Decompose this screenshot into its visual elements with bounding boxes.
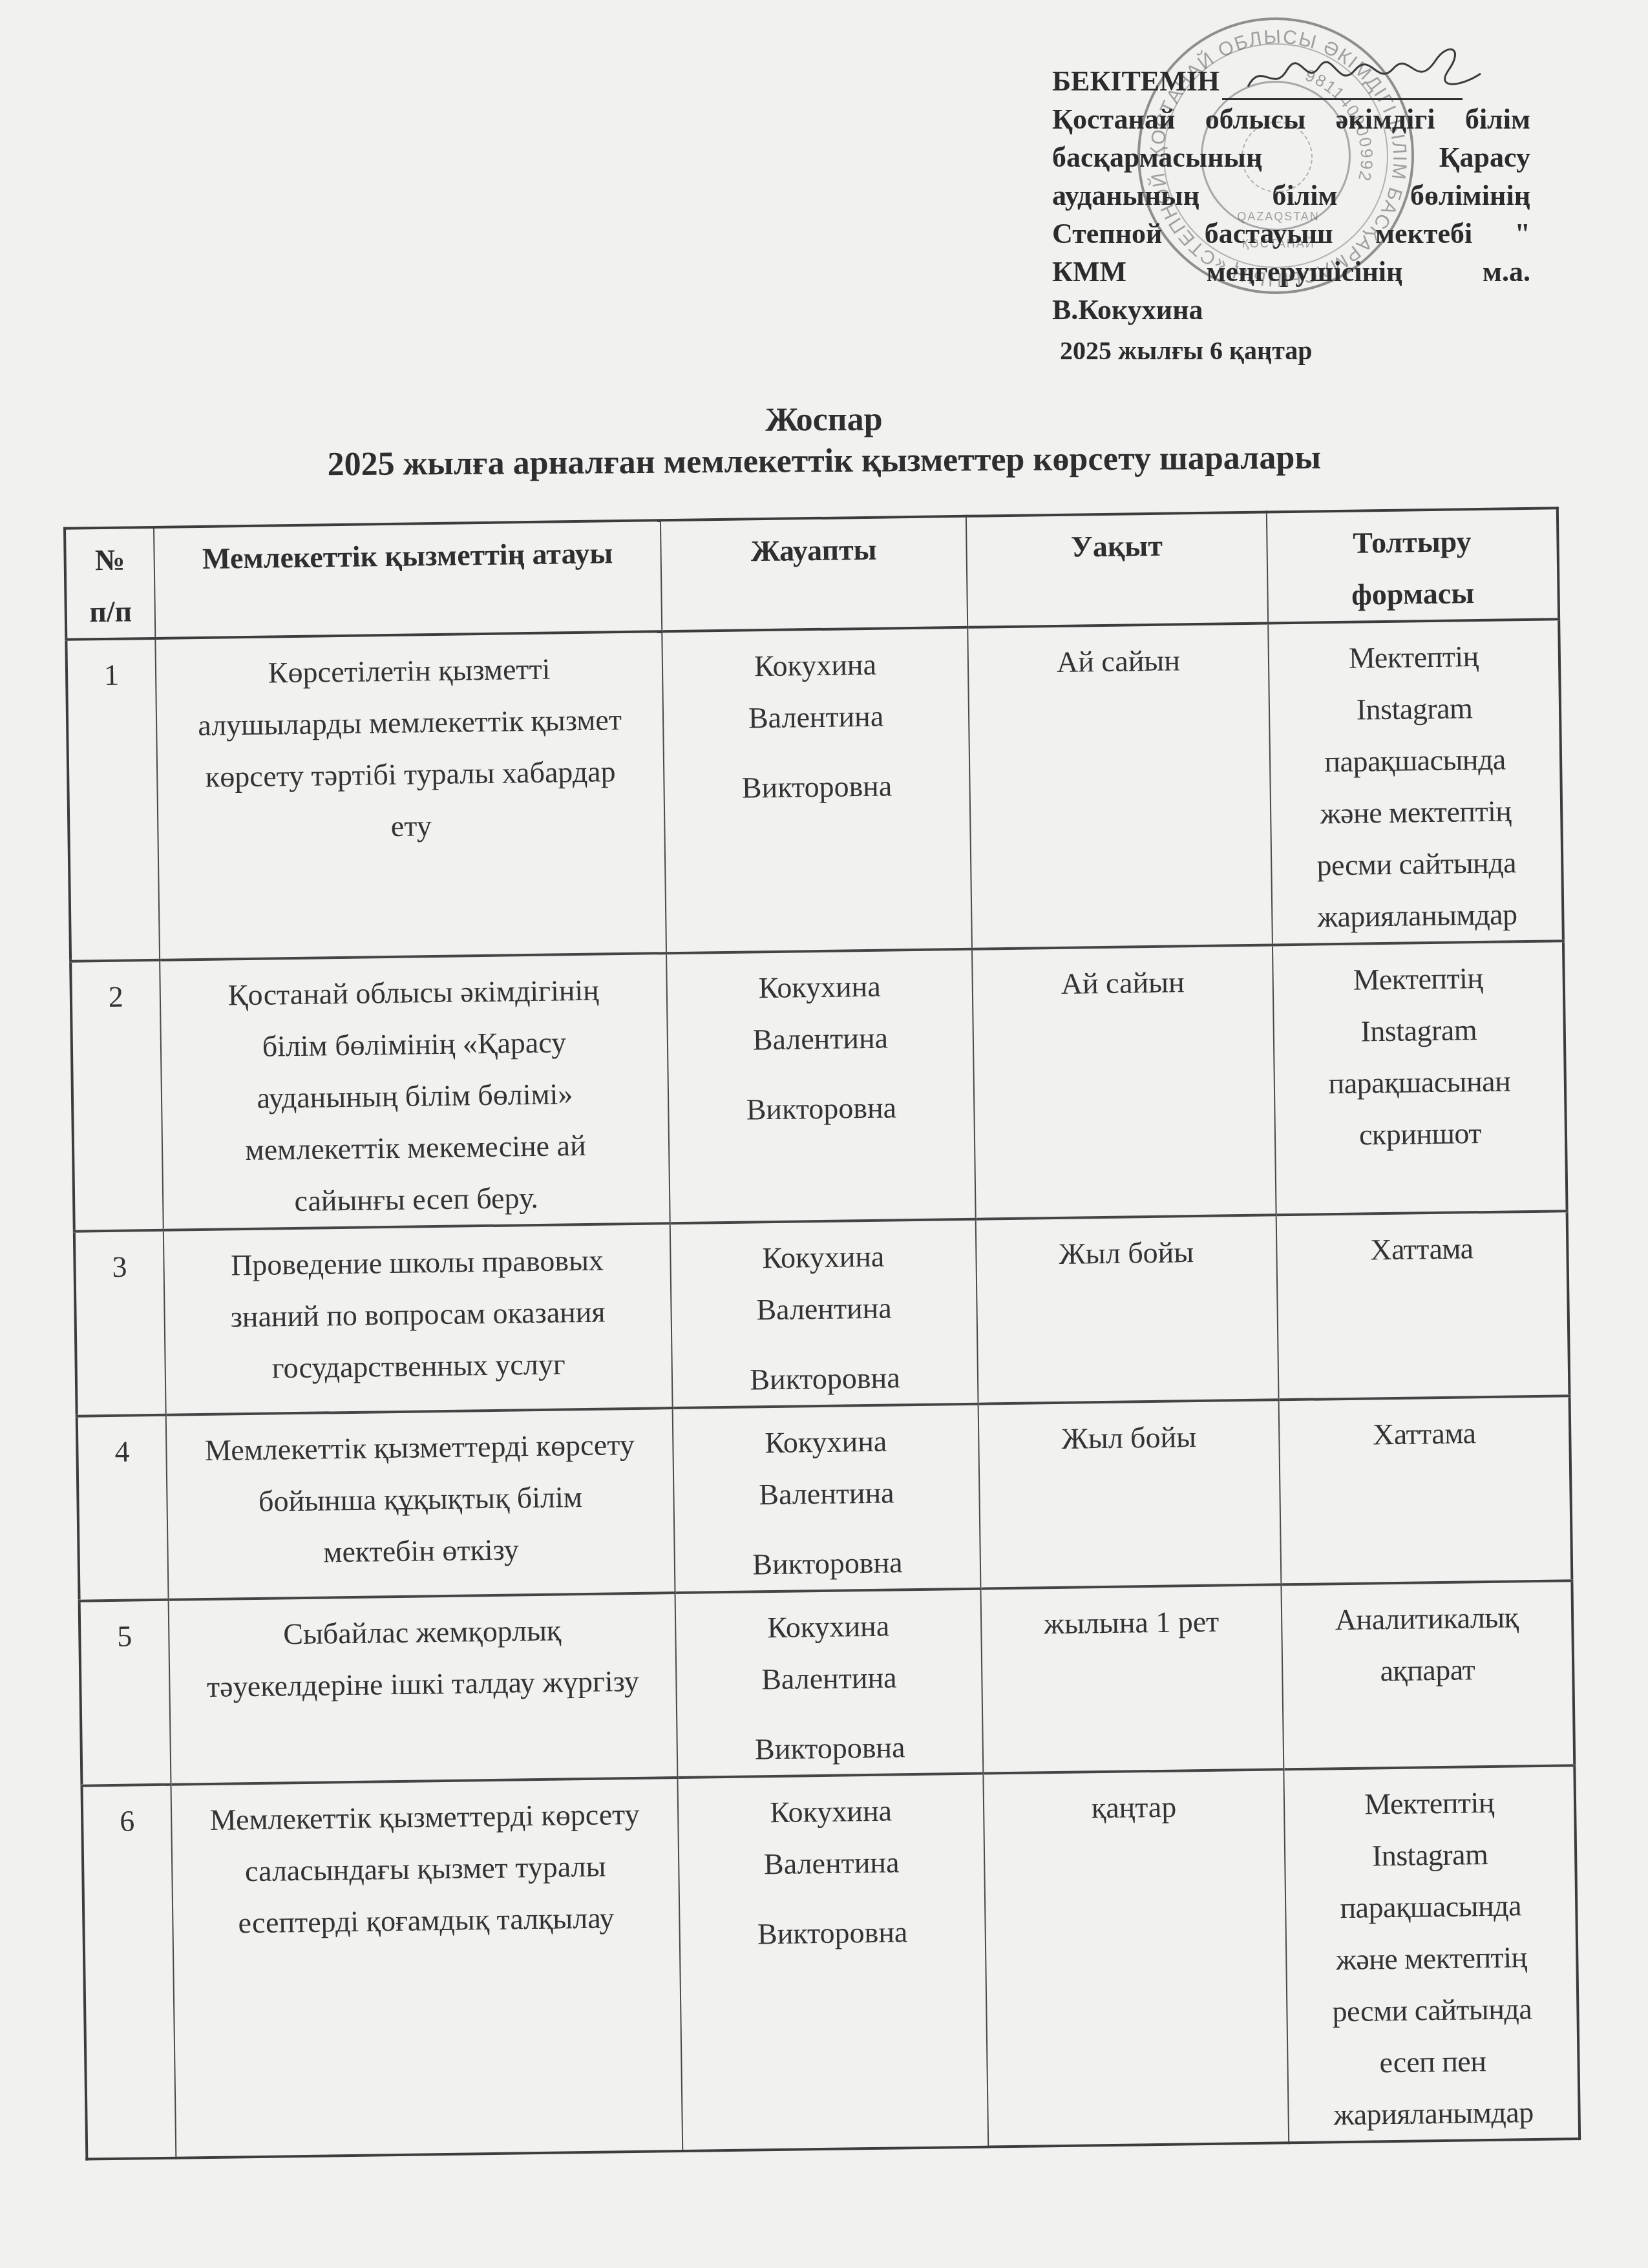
form-line: Instagram — [1278, 1003, 1559, 1058]
table-header-row: № п/п Мемлекеттік қызметтің атауы Жауапт… — [65, 508, 1559, 639]
signature-line — [1222, 70, 1463, 100]
service-name-line: Проведение школы правовых — [176, 1234, 659, 1292]
table-row: 4Мемлекеттік қызметтерді көрсетубойынша … — [77, 1396, 1572, 1601]
responsible-name-line: Валентина — [679, 1011, 961, 1067]
form-cell: Хаттама — [1276, 1211, 1570, 1400]
service-name-cell: Мемлекеттік қызметтерді көрсетусаласында… — [171, 1778, 682, 2158]
service-name-cell: Проведение школы правовыхзнаний по вопро… — [164, 1223, 673, 1415]
service-name-cell: Мемлекеттік қызметтерді көрсетубойынша қ… — [166, 1408, 675, 1600]
responsible-name-line: Кокухина — [685, 1414, 967, 1470]
form-line: Хаттама — [1281, 1221, 1563, 1277]
service-name-line: саласындағы қызмет туралы — [184, 1840, 667, 1898]
approval-block: БЕКІТЕМІН Қостанай облысы әкімдігі білім… — [1052, 62, 1530, 370]
table-row: 1Көрсетілетін қызметтіалушыларды мемлеке… — [66, 619, 1563, 961]
responsible-cell: КокухинаВалентинаВикторовна — [666, 949, 976, 1223]
service-name-line: ету — [170, 797, 653, 855]
service-name-cell: Көрсетілетін қызметтіалушыларды мемлекет… — [155, 631, 666, 960]
time-cell: Ай сайын — [967, 623, 1273, 949]
header-service-name: Мемлекеттік қызметтің атауы — [154, 520, 662, 638]
responsible-name-line: Валентина — [675, 689, 957, 745]
responsible-name-line: Викторовна — [689, 1721, 971, 1776]
responsible-name-line: Кокухина — [682, 1230, 964, 1285]
header-responsible: Жауапты — [660, 516, 967, 631]
row-number: 1 — [66, 638, 160, 961]
form-line: парақшасынан — [1278, 1055, 1560, 1110]
service-name-line: знаний по вопросам оказания — [176, 1285, 659, 1343]
header-number-label: п/п — [70, 585, 151, 638]
time-cell: жылына 1 рет — [980, 1584, 1284, 1773]
header-form: Толтыру формасы — [1267, 508, 1559, 623]
service-name-cell: Сыбайлас жемқорлықтәуекелдеріне ішкі тал… — [169, 1593, 678, 1785]
service-name-cell: Қостанай облысы әкімдігініңбілім бөлімін… — [160, 953, 670, 1230]
form-cell: Хаттама — [1279, 1396, 1572, 1584]
responsible-name-line: Викторовна — [676, 759, 958, 815]
header-time: Уақыт — [966, 512, 1268, 627]
form-line: ақпарат — [1287, 1643, 1569, 1698]
row-number: 2 — [70, 960, 164, 1232]
service-name-line: сайынғы есеп беру. — [175, 1170, 658, 1228]
approval-line: ауданының білім бөлімінің — [1052, 176, 1530, 215]
approval-title: БЕКІТЕМІН — [1052, 62, 1220, 100]
form-cell: МектептіңInstagramпарақшасынанскриншот — [1273, 941, 1567, 1215]
responsible-name-line: Кокухина — [679, 960, 960, 1015]
responsible-cell: КокухинаВалентинаВикторовна — [675, 1589, 984, 1778]
form-line: Instagram — [1289, 1827, 1571, 1883]
responsible-name-line: Кокухина — [688, 1599, 969, 1655]
responsible-name-line: Валентина — [688, 1651, 970, 1706]
form-line: Мектептің — [1289, 1776, 1570, 1831]
approver-name: В.Кокухина — [1052, 291, 1530, 329]
service-name-line: Мемлекеттік қызметтерді көрсету — [178, 1418, 661, 1476]
responsible-cell: КокухинаВалентинаВикторовна — [670, 1219, 978, 1408]
service-name-line: государственных услуг — [177, 1337, 660, 1395]
form-line: жарияланымдар — [1293, 2086, 1574, 2141]
row-number: 4 — [77, 1415, 169, 1601]
scanned-document-page: ҚОСТАНАЙ ОБЛЫСЫ ӘКІМДІГІ БІЛІМ БАСҚАРМАС… — [0, 0, 1648, 2268]
service-name-line: алушыларды мемлекеттік қызмет — [169, 693, 651, 751]
form-line: ресми сайтында — [1291, 1982, 1573, 2038]
form-line: Мектептің — [1273, 629, 1554, 685]
responsible-name-line: Викторовна — [684, 1351, 966, 1407]
signature-icon — [1241, 41, 1487, 100]
table-row: 6Мемлекеттік қызметтерді көрсетусаласынд… — [81, 1765, 1579, 2159]
service-name-line: білім бөлімінің «Қарасу — [173, 1015, 655, 1073]
document-title-block: Жоспар 2025 жылға арналған мемлекеттік қ… — [0, 394, 1648, 488]
responsible-name-line: Валентина — [683, 1281, 965, 1337]
form-line: парақшасында — [1274, 733, 1556, 788]
form-line: Хаттама — [1284, 1406, 1565, 1462]
form-line: және мектептің — [1291, 1931, 1572, 1986]
header-number-symbol: № — [70, 534, 150, 587]
responsible-cell: КокухинаВалентинаВикторовна — [677, 1774, 988, 2151]
responsible-name-line: Викторовна — [686, 1536, 968, 1591]
time-cell: қаңтар — [983, 1769, 1289, 2147]
form-line: парақшасында — [1290, 1879, 1572, 1935]
service-name-line: Қостанай облысы әкімдігінің — [172, 963, 655, 1022]
header-form-line: Толтыру — [1279, 515, 1545, 571]
form-line: скриншот — [1279, 1106, 1561, 1162]
form-cell: МектептіңInstagramпарақшасындажәне мекте… — [1284, 1765, 1579, 2143]
row-number: 3 — [74, 1230, 166, 1416]
responsible-name-line: Викторовна — [692, 1906, 973, 1961]
form-cell: Аналитикалықақпарат — [1281, 1580, 1574, 1769]
form-line: Мектептің — [1277, 951, 1559, 1007]
service-name-line: есептерді қоғамдық талқылау — [185, 1891, 668, 1949]
approval-line: басқармасының Қарасу — [1052, 138, 1530, 176]
form-line: Аналитикалық — [1286, 1591, 1568, 1646]
responsible-cell: КокухинаВалентинаВикторовна — [673, 1404, 981, 1593]
service-name-line: көрсету тәртібі туралы хабардар — [169, 745, 652, 803]
service-name-line: ауданының білім бөлімі» — [174, 1067, 657, 1125]
responsible-cell: КокухинаВалентинаВикторовна — [662, 627, 972, 953]
approval-line: Қостанай облысы әкімдігі білім — [1052, 100, 1530, 138]
service-name-line: Сыбайлас жемқорлық — [181, 1603, 664, 1661]
responsible-name-line: Валентина — [686, 1466, 967, 1522]
approval-line: Степной бастауыш мектебі " — [1052, 215, 1530, 253]
row-number: 5 — [79, 1600, 171, 1786]
approval-date: 2025 жылғы 6 қаңтар — [1060, 331, 1530, 370]
form-cell: МектептіңInstagramпарақшасындажәне мекте… — [1268, 619, 1563, 945]
service-name-line: Мемлекеттік қызметтерді көрсету — [184, 1788, 666, 1846]
time-cell: Ай сайын — [972, 945, 1276, 1219]
header-number: № п/п — [65, 527, 155, 640]
time-cell: Жыл бойы — [978, 1400, 1282, 1588]
form-line: жарияланымдар — [1276, 888, 1558, 943]
form-line: есеп пен — [1292, 2034, 1574, 2090]
responsible-name-line: Викторовна — [681, 1081, 962, 1137]
form-line: Instagram — [1273, 681, 1555, 737]
time-cell: Жыл бойы — [976, 1215, 1279, 1403]
responsible-name-line: Кокухина — [690, 1784, 972, 1840]
table-row: 5Сыбайлас жемқорлықтәуекелдеріне ішкі та… — [79, 1580, 1575, 1785]
responsible-name-line: Валентина — [691, 1836, 973, 1891]
plan-table-wrapper: № п/п Мемлекеттік қызметтің атауы Жауапт… — [63, 507, 1577, 2058]
service-name-line: тәуекелдеріне ішкі талдау жүргізу — [182, 1655, 664, 1713]
responsible-name-line: Кокухина — [674, 638, 956, 693]
service-name-line: мемлекеттік мекемесіне ай — [174, 1118, 657, 1177]
form-line: және мектептің — [1275, 784, 1557, 840]
service-name-line: Көрсетілетін қызметті — [168, 642, 651, 700]
service-name-line: мектебін өткізу — [180, 1522, 662, 1580]
row-number: 6 — [81, 1785, 176, 2159]
table-row: 3Проведение школы правовыхзнаний по вопр… — [74, 1211, 1570, 1416]
header-form-line: формасы — [1280, 567, 1546, 622]
approval-line: КММ меңгерушісінің м.а. — [1052, 253, 1530, 291]
table-row: 2Қостанай облысы әкімдігініңбілім бөлімі… — [70, 941, 1567, 1231]
form-line: ресми сайтында — [1276, 836, 1558, 892]
service-name-line: бойынша құқықтық білім — [179, 1470, 662, 1528]
plan-table: № п/п Мемлекеттік қызметтің атауы Жауапт… — [63, 507, 1581, 2160]
